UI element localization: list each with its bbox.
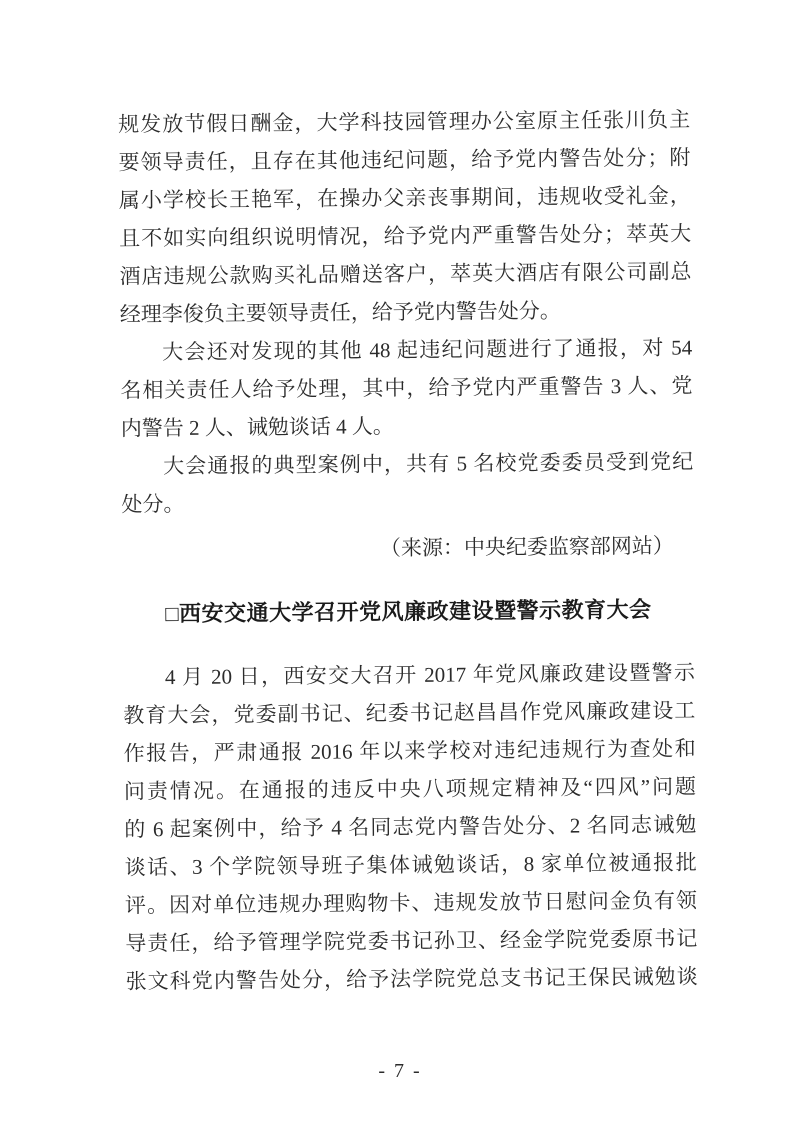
text-line: 导责任，给予管理学院党委书记孙卫、经金学院党委原书记 xyxy=(125,919,697,962)
text-line: 教育大会，党委副书记、纪委书记赵昌昌作党风廉政建设工 xyxy=(123,691,695,734)
page-number: - 7 - xyxy=(0,1060,800,1083)
text-line: 大会还对发现的其他 48 起违纪问题进行了通报，对 54 xyxy=(120,328,692,371)
text-line: 作报告，严肃通报 2016 年以来学校对违纪违规行为查处和 xyxy=(123,729,695,772)
text-line: 4 月 20 日，西安交大召开 2017 年党风廉政建设暨警示 xyxy=(123,653,695,696)
text-line: 名相关责任人给予处理，其中，给予党内严重警告 3 人、党 xyxy=(120,366,692,409)
text-line: 内警告 2 人、诫勉谈话 4 人。 xyxy=(121,404,693,447)
document-page: 规发放节假日酬金，大学科技园管理办公室原主任张川负主要领导责任，且存在其他违纪问… xyxy=(0,0,800,1131)
text-line: 经理李俊负主要领导责任，给予党内警告处分。 xyxy=(120,290,692,333)
text-line: 问责情况。在通报的违反中央八项规定精神及“四风”问题 xyxy=(124,767,696,810)
text-line: 酒店违规公款购买礼品赠送客户，萃英大酒店有限公司副总 xyxy=(119,252,691,295)
text-line: 的 6 起案例中，给予 4 名同志党内警告处分、2 名同志诫勉 xyxy=(124,805,696,848)
text-line: 属小学校长王艳军，在操办父亲丧事期间，违规收受礼金， xyxy=(119,177,691,220)
text-line: 大会通报的典型案例中，共有 5 名校党委委员受到党纪 xyxy=(121,442,693,485)
text-line: 且不如实向组织说明情况，给予党内严重警告处分；萃英大 xyxy=(119,214,691,257)
text-line: 张文科党内警告处分，给予法学院党总支书记王保民诫勉谈 xyxy=(125,957,697,1000)
text-line: 要领导责任，且存在其他违纪问题，给予党内警告处分；附 xyxy=(118,139,690,182)
section-heading: □西安交通大学召开党风廉政建设暨警示教育大会 xyxy=(122,590,694,633)
source-attribution: （来源：中央纪委监察部网站） xyxy=(122,526,694,569)
text-body: 规发放节假日酬金，大学科技园管理办公室原主任张川负主要领导责任，且存在其他违纪问… xyxy=(118,101,698,1001)
text-line: 谈话、3 个学院领导班子集体诫勉谈话，8 家单位被通报批 xyxy=(124,843,696,886)
text-line: 评。因对单位违规办理购物卡、违规发放节日慰问金负有领 xyxy=(125,881,697,924)
text-line: 处分。 xyxy=(121,480,693,523)
text-line: 规发放节假日酬金，大学科技园管理办公室原主任张川负主 xyxy=(118,101,690,144)
